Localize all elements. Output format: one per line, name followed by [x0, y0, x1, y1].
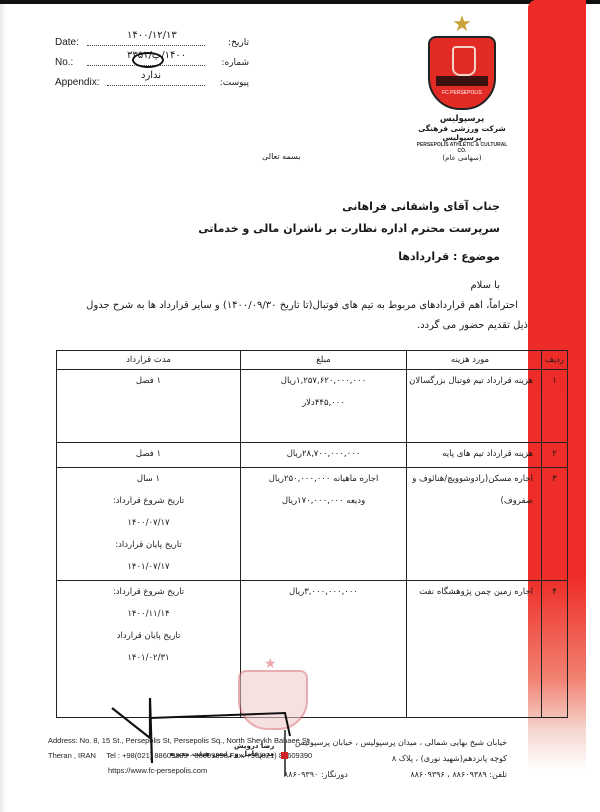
- recipient-title: سرپرست محترم اداره نظارت بر ناشران مالی …: [100, 222, 500, 235]
- crest-text: FC PERSEPOLIS: [430, 90, 494, 96]
- item-line: هزینه قرارداد تیم فوتبال بزرگسالان: [407, 370, 533, 392]
- appendix-label-en: Appendix:: [55, 77, 99, 88]
- row-item: اجاره زمین چمن پژوهشگاه نفت: [407, 581, 542, 718]
- row-item: هزینه قرارداد تیم های پایه: [407, 443, 542, 468]
- item-line: صفروف): [407, 490, 533, 512]
- appendix-value: ندارد: [141, 70, 161, 81]
- crest-band: [436, 76, 488, 86]
- row-index: ۲: [542, 443, 568, 468]
- row-item: اجاره مسکن(رادوشوویچ/هنائوف و صفروف): [407, 468, 542, 581]
- duration-line: تاریخ پایان قرارداد:: [57, 534, 240, 556]
- salutation: با سلام: [470, 280, 500, 291]
- row-index-text: ۴: [542, 581, 567, 603]
- duration-line: ۱۴۰۰/۰۷/۱۷: [57, 512, 240, 534]
- club-name-fa: پرسپولیس: [414, 114, 510, 124]
- table-row: ۲ هزینه قرارداد تیم های پایه ۲۸,۷۰۰,۰۰۰,…: [57, 443, 568, 468]
- amount-line: اجاره ماهیانه ۲۵۰,۰۰۰,۰۰۰ریال: [241, 468, 406, 490]
- duration-line: ۱ فصل: [57, 370, 240, 392]
- body-line-1: احتراماً، اهم قراردادهای مربوط به تیم ها…: [53, 296, 528, 316]
- club-logo: ★ FC PERSEPOLIS پرسپولیس شرکت ورزشی فرهن…: [414, 14, 510, 162]
- table-row: ۱ هزینه قرارداد تیم فوتبال بزرگسالان ۱,۲…: [57, 370, 568, 443]
- footer-phones-fa: تلفن: ۸۸۶۰۹۳۸۹ ، ۸۸۶۰۹۳۹۶ دورنگار: ۸۸۶۰۹…: [207, 767, 507, 783]
- row-index: ۳: [542, 468, 568, 581]
- trophy-icon: [452, 46, 476, 76]
- scan-top-edge: [0, 0, 600, 4]
- meta-date: ۱۴۰۰/۱۲/۱۳ Date: تاریخ:: [55, 30, 205, 50]
- header-item: مورد هزینه: [407, 351, 542, 370]
- letter-meta: ۱۴۰۰/۱۲/۱۳ Date: تاریخ: ۱۴۰۰/پ/۳۳۵۱ No.:…: [55, 30, 205, 90]
- row-amount: اجاره ماهیانه ۲۵۰,۰۰۰,۰۰۰ریال ودیعه ۱۷۰,…: [241, 468, 407, 581]
- row-index: ۴: [542, 581, 568, 718]
- row-index-text: ۱: [542, 370, 567, 392]
- item-line: اجاره مسکن(رادوشوویچ/هنائوف و: [407, 468, 533, 490]
- date-value: ۱۴۰۰/۱۲/۱۳: [127, 30, 177, 41]
- amount-line: ۱,۲۵۷,۶۲۰,۰۰۰,۰۰۰ریال: [241, 370, 406, 392]
- table-row: ۳ اجاره مسکن(رادوشوویچ/هنائوف و صفروف) ا…: [57, 468, 568, 581]
- recipient-name: جناب آقای واشقانی فراهانی: [100, 200, 500, 213]
- meta-number: ۱۴۰۰/پ/۳۳۵۱ No.: شماره:: [55, 50, 205, 70]
- date-label-en: Date:: [55, 37, 79, 48]
- row-duration: ۱ فصل: [57, 370, 241, 443]
- recipient-block: جناب آقای واشقانی فراهانی سرپرست محترم ا…: [100, 200, 500, 244]
- header-duration: مدت قرارداد: [57, 351, 241, 370]
- company-name-en: PERSEPOLIS ATHLETIC & CULTURAL CO.: [414, 142, 510, 154]
- company-name-fa: شرکت ورزشی فرهنگی پرسپولیس: [414, 124, 510, 142]
- footer-address-fa-1: خیابان شیخ بهایی شمالی ، میدان پرسپولیس …: [207, 735, 507, 751]
- body-line-2: ذیل تقدیم حضور می گردد.: [53, 316, 528, 336]
- star-icon: ★: [414, 14, 510, 36]
- duration-line: ۱ فصل: [57, 443, 240, 465]
- appendix-dotted-line: [107, 85, 205, 86]
- appendix-label-fa: پیوست:: [220, 78, 249, 88]
- row-index-text: ۲: [542, 443, 567, 465]
- signature-loop: [132, 52, 164, 68]
- date-dotted-line: [87, 45, 205, 46]
- letter-body: احتراماً، اهم قراردادهای مربوط به تیم ها…: [53, 296, 528, 336]
- amount-line: ۳,۰۰۰,۰۰۰,۰۰۰ریال: [241, 581, 406, 603]
- item-line: اجاره زمین چمن پژوهشگاه نفت: [407, 581, 533, 603]
- company-type-fa: (سهامی عام): [414, 154, 510, 162]
- scan-left-shadow: [0, 4, 6, 812]
- amount-line: ودیعه ۱۷۰,۰۰۰,۰۰۰ریال: [241, 490, 406, 512]
- row-duration: ۱ سال تاریخ شروع قرارداد: ۱۴۰۰/۰۷/۱۷ تار…: [57, 468, 241, 581]
- row-item: هزینه قرارداد تیم فوتبال بزرگسالان: [407, 370, 542, 443]
- number-label-fa: شماره:: [221, 58, 249, 68]
- date-label-fa: تاریخ:: [228, 38, 249, 48]
- number-label-en: No.:: [55, 57, 73, 68]
- row-index: ۱: [542, 370, 568, 443]
- duration-line: تاریخ پایان قرارداد: [57, 625, 240, 647]
- duration-line: ۱۴۰۰/۱۱/۱۴: [57, 603, 240, 625]
- meta-appendix: ندارد Appendix: پیوست:: [55, 70, 205, 90]
- item-line: هزینه قرارداد تیم های پایه: [407, 443, 533, 465]
- duration-line: تاریخ شروع قرارداد:: [57, 581, 240, 603]
- header-index: ردیف: [542, 351, 568, 370]
- duration-line: ۱۴۰۱/۰۷/۱۷: [57, 556, 240, 578]
- row-index-text: ۳: [542, 468, 567, 490]
- row-amount: ۲۸,۷۰۰,۰۰۰,۰۰۰ریال: [241, 443, 407, 468]
- contracts-table: ردیف مورد هزینه مبلغ مدت قرارداد ۱ هزینه…: [56, 350, 568, 718]
- row-duration: ۱ فصل: [57, 443, 241, 468]
- shield-crest-icon: FC PERSEPOLIS: [428, 36, 496, 110]
- duration-line: ۱۴۰۱/۰۲/۳۱: [57, 647, 240, 669]
- footer-address-fa-2: کوچه پانزدهم(شهید نوری) ، پلاک ۸: [207, 751, 507, 767]
- footer-phone-fa: تلفن: ۸۸۶۰۹۳۸۹ ، ۸۸۶۰۹۳۹۶: [410, 770, 507, 779]
- duration-line: ۱ سال: [57, 468, 240, 490]
- basmala: بسمه تعالی: [262, 152, 300, 161]
- footer-persian: خیابان شیخ بهایی شمالی ، میدان پرسپولیس …: [207, 735, 507, 783]
- table-header-row: ردیف مورد هزینه مبلغ مدت قرارداد: [57, 351, 568, 370]
- row-amount: ۱,۲۵۷,۶۲۰,۰۰۰,۰۰۰ریال ۴۴۵,۰۰۰دلار: [241, 370, 407, 443]
- header-amount: مبلغ: [241, 351, 407, 370]
- duration-line: تاریخ شروع قرارداد:: [57, 490, 240, 512]
- amount-line: ۴۴۵,۰۰۰دلار: [241, 392, 406, 414]
- amount-line: ۲۸,۷۰۰,۰۰۰,۰۰۰ریال: [241, 443, 406, 465]
- letter-subject: موضوع : قراردادها: [398, 250, 500, 263]
- footer-city: Theran , IRAN: [48, 751, 96, 760]
- footer-fax-fa: دورنگار: ۸۸۶۰۹۳۹۰: [284, 770, 348, 779]
